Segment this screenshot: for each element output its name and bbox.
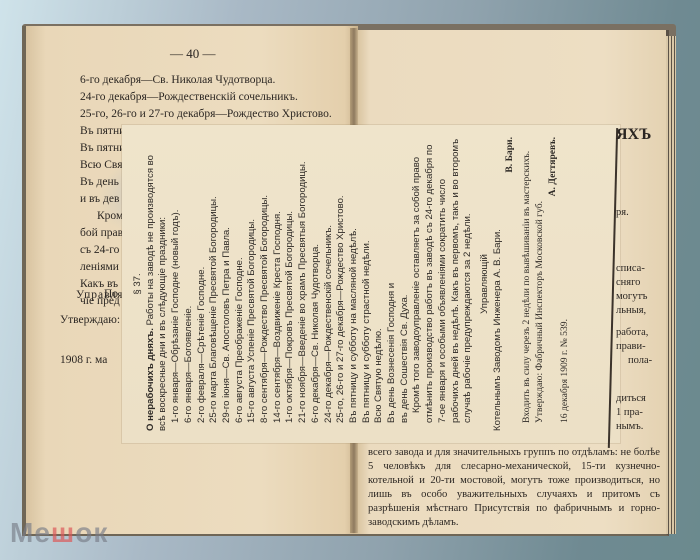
holiday-item: 21-го ноября—Введеніе во храмъ Пресвятыя… bbox=[297, 137, 310, 431]
holiday-item: 8-го сентября—Рождество Пресвятой Богоро… bbox=[259, 137, 272, 431]
holiday-item: 15-го августа Успеніе Пресвятой Богороди… bbox=[246, 137, 259, 431]
holiday-item: 24-го декабря—Рождественскій сочельникъ. bbox=[323, 137, 336, 431]
holiday-item: 14-го сентября—Воздвиженіе Креста Господ… bbox=[272, 137, 285, 431]
watermark-text-right: ок bbox=[75, 517, 108, 548]
holiday-item: Въ пятницу и субботу на масляной недѣлѣ. bbox=[348, 137, 361, 431]
section-number: § 37. bbox=[132, 137, 145, 431]
text-line: 6-го декабря—Св. Николая Чудотворца. bbox=[80, 72, 275, 89]
approval-line: Утверждаю: Фабричный Инспекторъ Московск… bbox=[534, 137, 547, 431]
text-line-partial: Въ пятни bbox=[80, 140, 125, 157]
holiday-item: 2-го февраля—Срѣтеніе Господне. bbox=[196, 137, 209, 431]
page-edges bbox=[666, 36, 676, 534]
text-fragment: ря. bbox=[616, 206, 629, 221]
holiday-item: 25-го, 26-го и 27-го декабря—Рождество Х… bbox=[335, 137, 348, 431]
slip-paragraph: Кромѣ того заводоуправленіе оставляетъ з… bbox=[411, 137, 475, 431]
holiday-item: 25-го марта Благовѣщеніе Пресвятой Богор… bbox=[208, 137, 221, 431]
text-line-partial: Всю Свя bbox=[80, 157, 122, 174]
holiday-item: 6-го декабря—Св. Николая Чудотворца. bbox=[310, 137, 323, 431]
text-fragment: могутъ bbox=[616, 290, 647, 305]
watermark-bag-icon: ш bbox=[51, 517, 75, 548]
text-fragment: работа, bbox=[616, 326, 648, 341]
text-fragment: списа- bbox=[616, 262, 645, 277]
site-watermark: Мешок bbox=[10, 517, 108, 549]
text-line-partial: и въ дев bbox=[80, 191, 119, 208]
header-fragment: ЯХЪ bbox=[616, 128, 651, 143]
inspector-signature: А. Дегтяревъ. bbox=[547, 137, 560, 431]
holiday-item: 1-го октября—Покровъ Пресвятой Богородиц… bbox=[284, 137, 297, 431]
text-fragment: прави- bbox=[616, 340, 646, 355]
rotated-slip-content: § 37. О нерабочихъ дняхъ. Работы на заво… bbox=[122, 125, 620, 443]
date-partial: 1908 г. ма bbox=[60, 352, 107, 369]
text-fragment: 1 пра- bbox=[616, 406, 643, 421]
text-fragment: диться bbox=[616, 392, 646, 407]
holiday-item: 6-го августа Преображеніе Господне. bbox=[234, 137, 247, 431]
manager-partial: Управля bbox=[76, 287, 123, 304]
text-line-partial: бой прав bbox=[80, 225, 123, 242]
page-number: — 40 — bbox=[170, 46, 216, 62]
text-fragment: пола- bbox=[628, 354, 652, 369]
holiday-item: 1-го января—Обрѣзаніе Господне (новый го… bbox=[170, 137, 183, 431]
text-fragment: нымъ. bbox=[616, 420, 643, 435]
bottom-paragraph: всего завода и для значительныхъ группъ … bbox=[368, 446, 660, 530]
slip-date: 16 декабря 1909 г. № 539. bbox=[559, 137, 572, 431]
text-line: 24-го декабря—Рождественскій сочельникъ. bbox=[80, 89, 298, 106]
text-line: 25-го, 26-го и 27-го декабря—Рождество Х… bbox=[80, 106, 332, 123]
section-heading: О нерабочихъ дняхъ. bbox=[145, 328, 156, 431]
text-fragment: льныя, bbox=[616, 304, 646, 319]
watermark-text-left: Ме bbox=[10, 517, 51, 548]
holiday-item: 29-го іюня—Св. Апостоловъ Петра и Павла. bbox=[221, 137, 234, 431]
manager-line: Котельнымъ Заводомъ Инженера А. В. Бари. bbox=[492, 137, 505, 431]
text-line-partial: Въ день bbox=[80, 174, 119, 191]
slip-intro: О нерабочихъ дняхъ. Работы на заводѣ не … bbox=[145, 137, 170, 431]
holiday-item: Въ день Вознесенія Господня и bbox=[386, 137, 399, 431]
holiday-item: Въ пятницу и субботу страстной недѣли. bbox=[361, 137, 374, 431]
effective-note: Входить въ силу черезъ 2 недѣли по вывѣш… bbox=[521, 137, 534, 431]
manager-title: Управляющій bbox=[479, 137, 492, 431]
holiday-item: въ день Сошествія Св. Духа. bbox=[399, 137, 412, 431]
pasted-regulation-slip: § 37. О нерабочихъ дняхъ. Работы на заво… bbox=[122, 125, 620, 443]
text-line-partial: съ 24-го bbox=[80, 242, 119, 259]
approved-partial: Утверждаю: bbox=[60, 312, 120, 329]
text-fragment: сняго bbox=[616, 276, 640, 291]
text-line-partial: леніями bbox=[80, 259, 119, 276]
text-line-partial: Кром bbox=[97, 208, 123, 225]
holiday-item: Всю Святую недѣлю. bbox=[373, 137, 386, 431]
manager-signature: В. Бари. bbox=[504, 137, 517, 431]
holiday-item: 6-го января—Богоявленіе. bbox=[183, 137, 196, 431]
